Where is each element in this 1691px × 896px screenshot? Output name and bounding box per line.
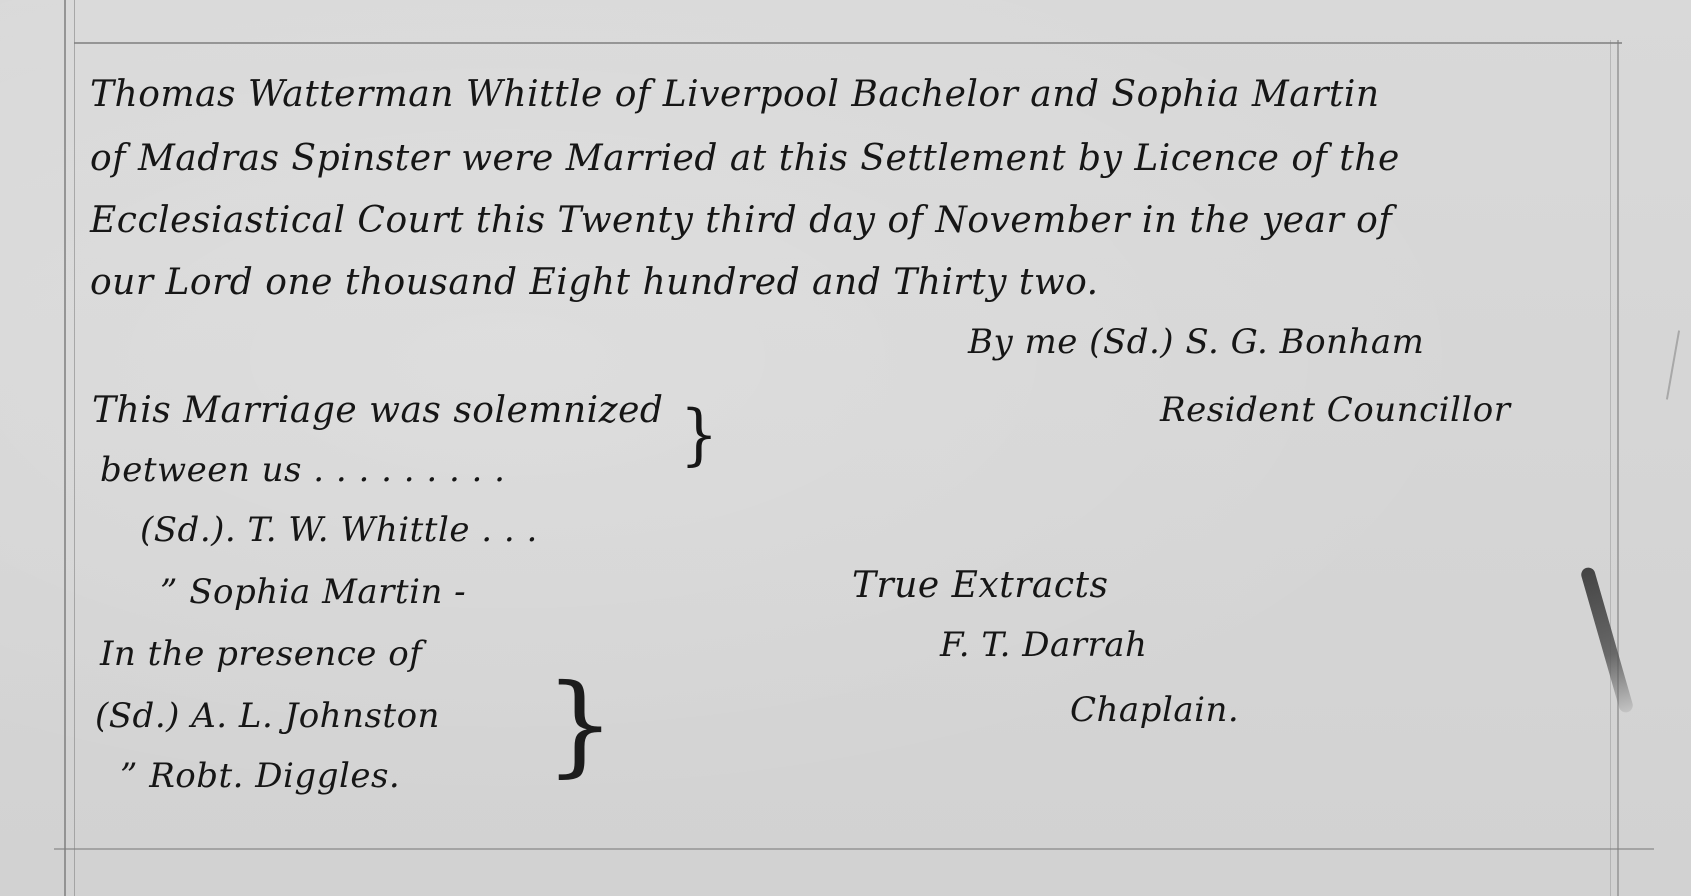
brace-mark: } [680,397,719,474]
officiant-signature: By me (Sd.) S. G. Bonham [968,322,1424,362]
party-signature-groom: (Sd.). T. W. Whittle . . . [140,510,538,550]
faint-pen-mark [1666,330,1680,399]
entry-rule-top [74,42,1622,44]
record-line-4: our Lord one thousand Eight hundred and … [90,262,1099,303]
margin-rule-left-inner [74,0,75,896]
margin-rule-right-inner [1610,40,1611,896]
certifier-title: Chaplain. [1070,690,1239,730]
solemnized-line-2: between us . . . . . . . . . [100,450,505,490]
witness-brace-mark: } [545,660,616,788]
entry-rule-bottom [54,848,1654,850]
record-line-2: of Madras Spinster were Married at this … [90,138,1400,179]
party-signature-bride: ” Sophia Martin - [160,572,466,612]
certification-heading: True Extracts [852,565,1108,606]
solemnized-line-1: This Marriage was solemnized [92,390,663,431]
ink-smudge-mark [1580,566,1635,714]
margin-rule-left-outer [64,0,66,896]
witness-signature-1: (Sd.) A. L. Johnston [95,696,440,736]
witnesses-heading: In the presence of [100,634,422,674]
officiant-title: Resident Councillor [1160,390,1510,430]
register-page: Thomas Watterman Whittle of Liverpool Ba… [0,0,1691,896]
witness-signature-2: ” Robt. Diggles. [120,756,400,796]
margin-rule-right-outer [1617,40,1619,896]
record-line-3: Ecclesiastical Court this Twenty third d… [90,200,1392,241]
certifier-signature: F. T. Darrah [940,625,1147,665]
record-line-1: Thomas Watterman Whittle of Liverpool Ba… [90,74,1380,115]
